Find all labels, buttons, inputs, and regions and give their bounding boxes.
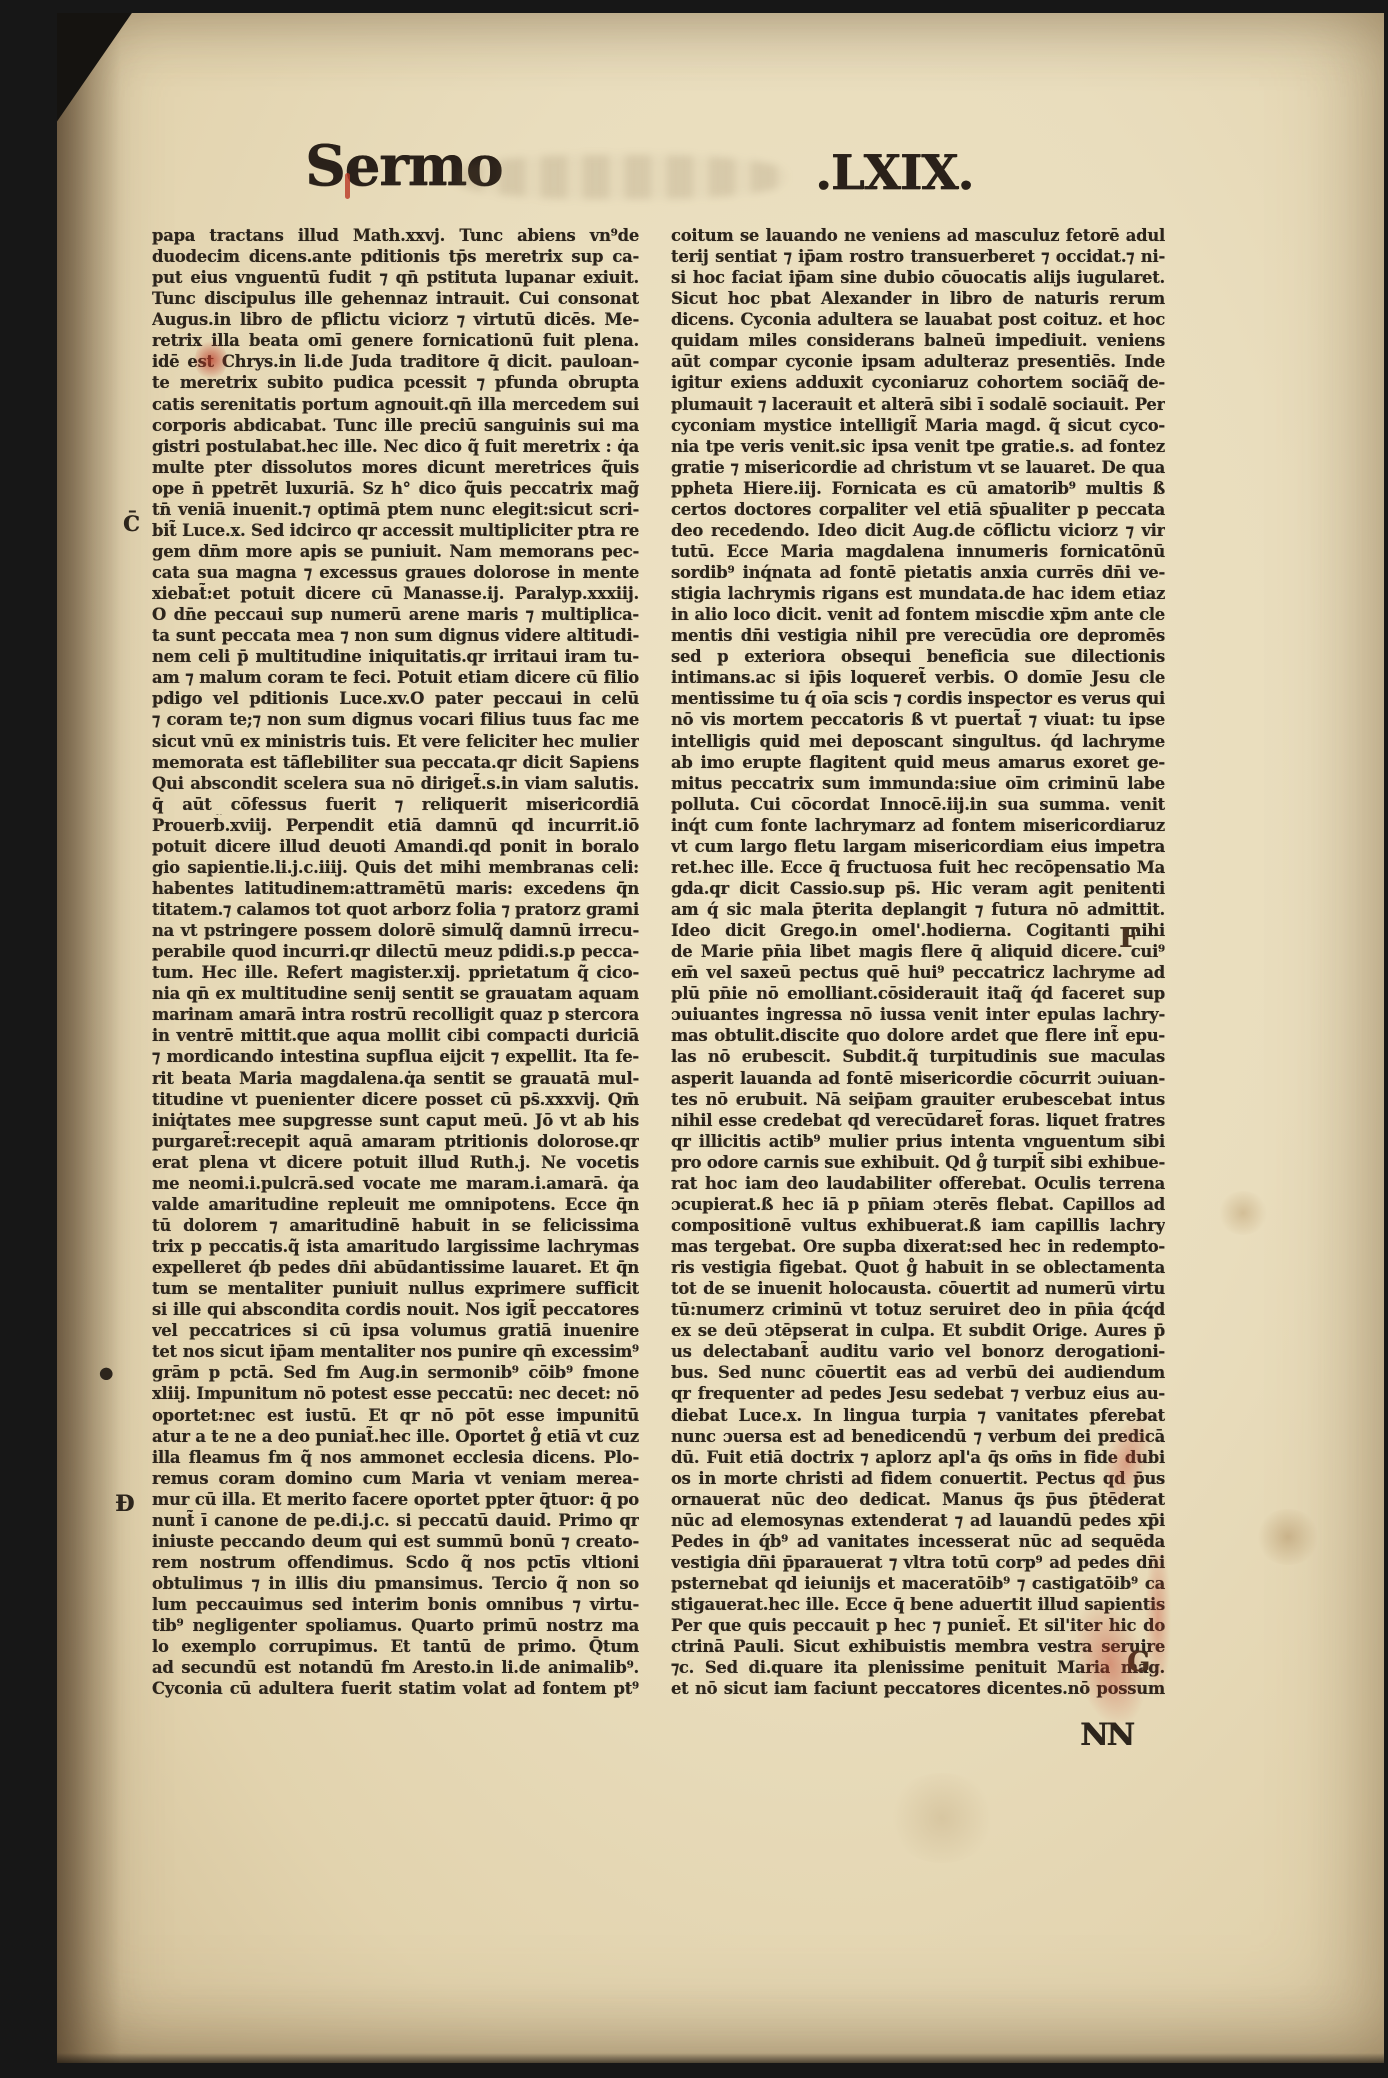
book-scan: Sermo .LXIX. papa tractans illud Math.xx… [0,0,1388,2078]
margin-bullet: ● [99,1365,113,1381]
text-line: O dn̄e peccaui sup numerū arene maris ⁊ … [152,604,639,625]
text-line: obtulimus ⁊ in illis diu pmansimus. Terc… [152,1573,639,1594]
text-line: nunc ɔuersa est ad benedicendū ⁊ verbum … [671,1426,1165,1447]
text-line: Augus.in libro de pflictu viciorz ⁊ virt… [152,309,639,330]
text-line: retrix illa beata omī genere fornication… [152,330,639,351]
text-line: compositionē vultus exhibuerat.ß iam cap… [671,1215,1165,1236]
text-line: pro odore carnis sue exhibuit. Qd g̊ tur… [671,1152,1165,1173]
text-line: terij sentiat ⁊ ip̄am rostro transuerber… [671,246,1165,267]
text-line: corporis abdicabat. Tunc ille preciū san… [152,415,639,436]
text-line: plū pn̄ie nō emolliant.cōsiderauit itaq̃… [671,983,1165,1004]
text-line: idē est Chrys.in li.de Juda traditore q̄… [152,351,639,372]
text-line: gio sapientie.li.j.c.iiij. Quis det mihi… [152,857,639,878]
text-line: vestigia dn̄i p̄parauerat ⁊ vltra totū c… [671,1552,1165,1573]
text-line: ⁊ mordicando intestina supflua eijcit ⁊ … [152,1046,639,1067]
text-line: gem dn̄m more apis se puniuit. Nam memor… [152,541,639,562]
text-line: duodecim dicens.ante pditionis tp̄s mere… [152,246,639,267]
text-line: ⁊ coram te;⁊ non sum dignus vocari filiu… [152,709,639,730]
text-line: nia tpe veris venit.sic ipsa venit tpe g… [671,436,1165,457]
text-line: tot de se inuenit holocausta. cōuertit a… [671,1278,1165,1299]
text-line: plumauit ⁊ lacerauit et alterā sibi ī so… [671,394,1165,415]
text-line: grām p pctā. Sed fm Aug.in sermonib⁹ cōi… [152,1362,639,1383]
text-line: aūt compar cyconie ipsam adulteraz prese… [671,351,1165,372]
text-line: perabile quod incurri.qr dilectū meuz pd… [152,941,639,962]
text-line: us delectabant̃ auditu vario vel bonorz … [671,1341,1165,1362]
text-line: pdigo vel pditionis Luce.xv.O pater pecc… [152,688,639,709]
text-line: ret.hec ille. Ecce q̄ fructuosa fuit hec… [671,857,1165,878]
text-line: Qui abscondit scelera sua nō diriget̃.s.… [152,773,639,794]
text-line: memorata est tāflebiliter sua peccata.qr… [152,752,639,773]
margin-letter-g: G [1127,1649,1150,1676]
text-line: os in morte christi ad fidem conuertit. … [671,1468,1165,1489]
text-line: et nō sicut iam faciunt peccatores dicen… [671,1678,1165,1699]
text-line: iniq̇tates mee supgresse sunt caput meū.… [152,1110,639,1131]
text-line: catis serenitatis portum agnouit.qn̄ ill… [152,394,639,415]
text-line: ⁊c. Sed di.quare ita plenissime penituit… [671,1657,1165,1678]
text-line: mur cū illa. Et merito facere oportet pp… [152,1489,639,1510]
text-line: purgaret̃:recepit aquā amaram ptritionis… [152,1131,639,1152]
text-line: sordib⁹ inq́nata ad fontē pietatis anxia… [671,562,1165,583]
text-line: te meretrix subito pudica pcessit ⁊ pfun… [152,372,639,393]
text-column-left: papa tractans illud Math.xxvj. Tunc abie… [152,225,639,1699]
text-line: diebat Luce.x. In lingua turpia ⁊ vanita… [671,1405,1165,1426]
ink-showthrough [457,155,787,199]
text-line: sed p exteriora obsequi beneficia sue di… [671,646,1165,667]
text-line: dicens. Cyconia adultera se lauabat post… [671,309,1165,330]
text-line: in alio loco dicit. venit ad fontem misc… [671,604,1165,625]
text-line: multe pter dissolutos mores dicunt meret… [152,457,639,478]
text-line: xiebat̃:et potuit dicere cū Manasse.ij. … [152,583,639,604]
text-line: ɔuiuantes ingressa nō iussa venit inter … [671,1004,1165,1025]
text-line: titatem.⁊ calamos tot quot arborz folia … [152,899,639,920]
text-line: ctrinā Pauli. Sicut exhibuistis membra v… [671,1636,1165,1657]
text-line: tū:numerz criminū vt totuz seruiret deo … [671,1299,1165,1320]
text-line: cata sua magna ⁊ excessus graues doloros… [152,562,639,583]
text-line: inq́t cum fonte lachrymarz ad fontem mis… [671,815,1165,836]
text-line: ex se deū ɔtēpserat in culpa. Et subdit … [671,1320,1165,1341]
text-line: q̄ aūt cōfessus fuerit ⁊ reliquerit mise… [152,794,639,815]
text-line: nem celi p̄ multitudine iniquitatis.qr i… [152,646,639,667]
text-line: trix p peccatis.q̃ ista amaritudo largis… [152,1236,639,1257]
text-line: stigia lachrymis rigans est mundata.de h… [671,583,1165,604]
text-line: tum. Hec ille. Refert magister.xij. ppri… [152,962,639,983]
text-line: lo exemplo corrupimus. Et tantū de primo… [152,1636,639,1657]
paper-stain [1255,1509,1321,1565]
text-line: ɔcupierat.ß hec iā p pn̄iam ɔterēs fleba… [671,1194,1165,1215]
text-line: polluta. Cui cōcordat Innocē.iij.in sua … [671,794,1165,815]
text-line: Tunc discipulus ille gehennaz intrauit. … [152,288,639,309]
text-line: asperit lauanda ad fontē misericordie cō… [671,1068,1165,1089]
text-line: habentes latitudinem:attramētū maris: ex… [152,878,639,899]
text-line: mentis dn̄i vestigia nihil pre verecūdia… [671,625,1165,646]
text-line: intimans.ac si ip̄is loqueret̃ verbis. O… [671,667,1165,688]
text-line: vt cum largo fletu largam misericordiam … [671,836,1165,857]
text-line: tn̄ veniā inuenit.⁊ optimā ptem nunc ele… [152,499,639,520]
text-line: potuit dicere illud deuoti Amandi.qd pon… [152,836,639,857]
text-line: Cyconia cū adultera fuerit statim volat … [152,1678,639,1699]
text-line: ad secundū est notandū fm Aresto.in li.d… [152,1657,639,1678]
text-line: rem nostrum offendimus. Scdo q̃ nos pctī… [152,1552,639,1573]
text-line: remus coram domino cum Maria vt veniam m… [152,1468,639,1489]
text-line: bus. Sed nunc cōuertit eas ad verbū dei … [671,1362,1165,1383]
text-line: dū. Fuit etiā doctrix ⁊ aplorz apl'a q̄s… [671,1447,1165,1468]
text-line: erat plena vt dicere potuit illud Ruth.j… [152,1152,639,1173]
text-line: Sicut hoc pbat Alexander in libro de nat… [671,288,1165,309]
text-line: bit̃ Luce.x. Sed idcirco qr accessit mul… [152,520,639,541]
text-line: coitum se lauando ne veniens ad masculuz… [671,225,1165,246]
page-bottom-edge [57,2053,1384,2063]
text-line: vel peccatrices si cū ipsa volumus grati… [152,1320,639,1341]
text-line: atur a te ne a deo puniat̃.hec ille. Opo… [152,1426,639,1447]
text-line: rit beata Maria magdalena.q̇a sentit se … [152,1068,639,1089]
text-line: certos doctores corpaliter vel etiā sp̄u… [671,499,1165,520]
text-line: em̄ vel saxeū pectus quē hui⁹ peccatricz… [671,962,1165,983]
text-line: papa tractans illud Math.xxvj. Tunc abie… [152,225,639,246]
sermon-number: .LXIX. [815,145,973,201]
text-line: las nō erubescit. Subdit.q̃ turpitudinis… [671,1046,1165,1067]
text-column-right: coitum se lauando ne veniens ad masculuz… [671,225,1165,1699]
text-line: me neomi.i.pulcrā.sed vocate me maram.i.… [152,1173,639,1194]
text-line: deo recedendo. Ideo dicit Aug.de cōflict… [671,520,1165,541]
text-line: nūc ad elemosynas extenderat ⁊ ad lauand… [671,1510,1165,1531]
margin-paragraph-mark: Ð [115,1493,134,1515]
text-line: psternebat qd ieiunijs et maceratōib⁹ ⁊ … [671,1573,1165,1594]
text-line: am q́ sic mala p̄terita deplangit ⁊ futu… [671,899,1165,920]
text-line: tum se mentaliter puniuit nullus exprime… [152,1278,639,1299]
text-line: lum peccauimus sed interim bonis omnibus… [152,1594,639,1615]
text-line: am ⁊ malum coram te feci. Potuit etiam d… [152,667,639,688]
text-line: ppheta Hiere.iij. Fornicata es cū amator… [671,478,1165,499]
margin-nota-mark: C̄ [123,513,140,534]
text-line: mas obtulit.discite quo dolore ardet que… [671,1025,1165,1046]
text-line: tet nos sicut ip̄am mentaliter nos punir… [152,1341,639,1362]
margin-letter-f: F [1119,925,1138,952]
text-line: expelleret q́b pedes dn̄i abūdantissime … [152,1257,639,1278]
text-line: nō vis mortem peccatoris ß vt puertat̃ ⁊… [671,709,1165,730]
text-line: ta sunt peccata mea ⁊ non sum dignus vid… [152,625,639,646]
text-line: put eius vnguentū fudit ⁊ qn̄ pstituta l… [152,267,639,288]
text-line: gda.qr dicit Cassio.sup ps̄. Hic veram a… [671,878,1165,899]
text-line: ab imo erupte flagitent quid meus amarus… [671,752,1165,773]
text-line: tes nō erubuit. Nā seip̄am grauiter erub… [671,1089,1165,1110]
text-line: quidam miles considerans balneū impediui… [671,330,1165,351]
paper-stain [887,1773,997,1863]
text-line: tutū. Ecce Maria magdalena innumeris for… [671,541,1165,562]
quire-signature: NN [1080,1717,1133,1753]
text-line: illa fleamus fm q̃ nos ammonet ecclesia … [152,1447,639,1468]
text-line: qr illicitis actib⁹ mulier prius intenta… [671,1131,1165,1152]
text-line: na vt pstringere possem dolorē simulq̃ d… [152,920,639,941]
text-line: mas tergebat. Ore supba dixerat:sed hec … [671,1236,1165,1257]
text-line: marinam amarā intra rostrū recolligit qu… [152,1004,639,1025]
text-line: iniuste peccando deum qui est summū bonū… [152,1531,639,1552]
text-line: sicut vnū ex ministris tuis. Et vere fel… [152,731,639,752]
text-line: ope n̄ ppetrēt luxuriā. Sz h° dico q̃uis… [152,478,639,499]
text-line: qr frequenter ad pedes Jesu sedebat ⁊ ve… [671,1383,1165,1404]
text-line: xliij. Impunitum nō potest esse peccatū:… [152,1383,639,1404]
text-line: titudine vt puenienter dicere posset cū … [152,1089,639,1110]
text-line: rat hoc iam deo laudabiliter offerebat. … [671,1173,1165,1194]
text-line: nunt̃ ī canone de pe.di.j.c. si peccatū … [152,1510,639,1531]
text-line: valde amaritudine repleuit me omnipotens… [152,1194,639,1215]
page-leaf: Sermo .LXIX. papa tractans illud Math.xx… [57,13,1384,2063]
text-line: igitur exiens adduxit cyconiaruz cohorte… [671,372,1165,393]
paper-stain [1217,1191,1269,1235]
text-line: Pedes in q́b⁹ ad vanitates incesserat nū… [671,1531,1165,1552]
text-line: nihil esse credebat qd verecūdaret̃ fora… [671,1110,1165,1131]
text-line: tū dolorem ⁊ amaritudinē habuit in se fe… [152,1215,639,1236]
text-line: cyconiam mystice intelligit̃ Maria magd.… [671,415,1165,436]
text-line: Per que quis peccauit p hec ⁊ puniet̃. E… [671,1615,1165,1636]
text-line: stigauerat.hec ille. Ecce q̄ bene aduert… [671,1594,1165,1615]
text-line: mitus peccatrix sum immunda:siue oīm cri… [671,773,1165,794]
text-line: ornauerat nūc deo dedicat. Manus q̄s p̄u… [671,1489,1165,1510]
text-line: mentissime tu q́ oīa scis ⁊ cordis inspe… [671,688,1165,709]
text-line: tib⁹ negligenter spoliamus. Quarto primū… [152,1615,639,1636]
text-line: ris vestigia figebat. Quot g̊ habuit in … [671,1257,1165,1278]
text-line: si hoc faciat ip̄am sine dubio cōuocatis… [671,267,1165,288]
text-line: intelligis quid mei deposcant singultus.… [671,731,1165,752]
text-line: si ille qui abscondita cordis nouit. Nos… [152,1299,639,1320]
text-line: Ideo dicit Grego.in omel'.hodierna. Cogi… [671,920,1165,941]
binding-gutter-shadow [57,13,121,2063]
text-line: gistri postulabat.hec ille. Nec dico q̃ … [152,436,639,457]
text-line: gratie ⁊ misericordie ad christum vt se … [671,457,1165,478]
text-line: in ventrē mittit.que aqua mollit cibi co… [152,1025,639,1046]
text-line: nia qn̄ ex multitudine senij sentit se g… [152,983,639,1004]
text-line: Prouerb.xviij. Perpendit etiā damnū qd i… [152,815,639,836]
text-line: de Marie pn̄ia libet magis flere q̄ aliq… [671,941,1165,962]
text-line: oportet:nec est iustū. Et qr nō pōt esse… [152,1405,639,1426]
